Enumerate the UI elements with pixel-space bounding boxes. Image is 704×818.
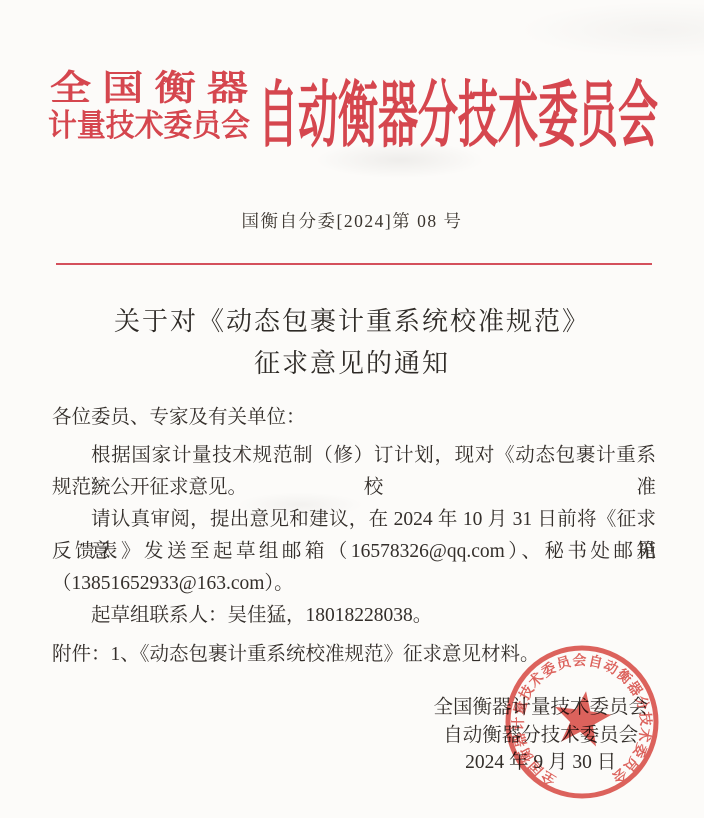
document-title: 关于对《动态包裹计重系统校准规范》 征求意见的通知 xyxy=(0,301,704,385)
paragraph1-line1: 根据国家计量技术规范制（修）订计划，现对《动态包裹计重系统校准 xyxy=(52,440,656,472)
document-title-line1: 关于对《动态包裹计重系统校准规范》 xyxy=(0,301,704,343)
signature-org1: 全国衡器计量技术委员会 xyxy=(433,694,648,722)
salutation: 各位委员、专家及有关单位： xyxy=(52,402,656,434)
paragraph2-line2: 反馈表》发送至起草组邮箱（16578326@qq.com）、秘书处邮箱 xyxy=(52,536,656,568)
document-number: 国衡自分委[2024]第 08 号 xyxy=(0,208,704,233)
document-title-line2: 征求意见的通知 xyxy=(0,343,704,385)
official-document-page: 全 国 衡 器 计量技术委员会 自动衡器分技术委员会 国衡自分委[2024]第 … xyxy=(0,0,704,818)
letterhead: 全 国 衡 器 计量技术委员会 自动衡器分技术委员会 xyxy=(48,60,660,150)
letterhead-org-top: 全 国 衡 器 xyxy=(50,69,248,108)
letterhead-org-main: 自动衡器分技术委员会 xyxy=(258,76,658,150)
signature-org2: 自动衡器分技术委员会 xyxy=(433,722,648,750)
attachment-note: 附件：1、《动态包裹计重系统校准规范》征求意见材料。 xyxy=(52,640,612,670)
red-separator-rule xyxy=(56,263,652,265)
paragraph2-line3: （13851652933@163.com）。 xyxy=(52,568,656,600)
contact-line: 起草组联系人：吴佳猛，18018228038。 xyxy=(52,600,656,632)
document-body: 各位委员、专家及有关单位： 根据国家计量技术规范制（修）订计划，现对《动态包裹计… xyxy=(52,402,656,632)
signature-date: 2024 年 9 月 30 日 xyxy=(433,749,648,777)
signature-block: 全国衡器计量技术委员会 自动衡器分技术委员会 2024 年 9 月 30 日 xyxy=(433,694,648,777)
letterhead-org-bottom: 计量技术委员会 xyxy=(48,108,250,143)
paragraph2-line1: 请认真审阅，提出意见和建议，在 2024 年 10 月 31 日前将《征求意见 xyxy=(52,504,656,536)
